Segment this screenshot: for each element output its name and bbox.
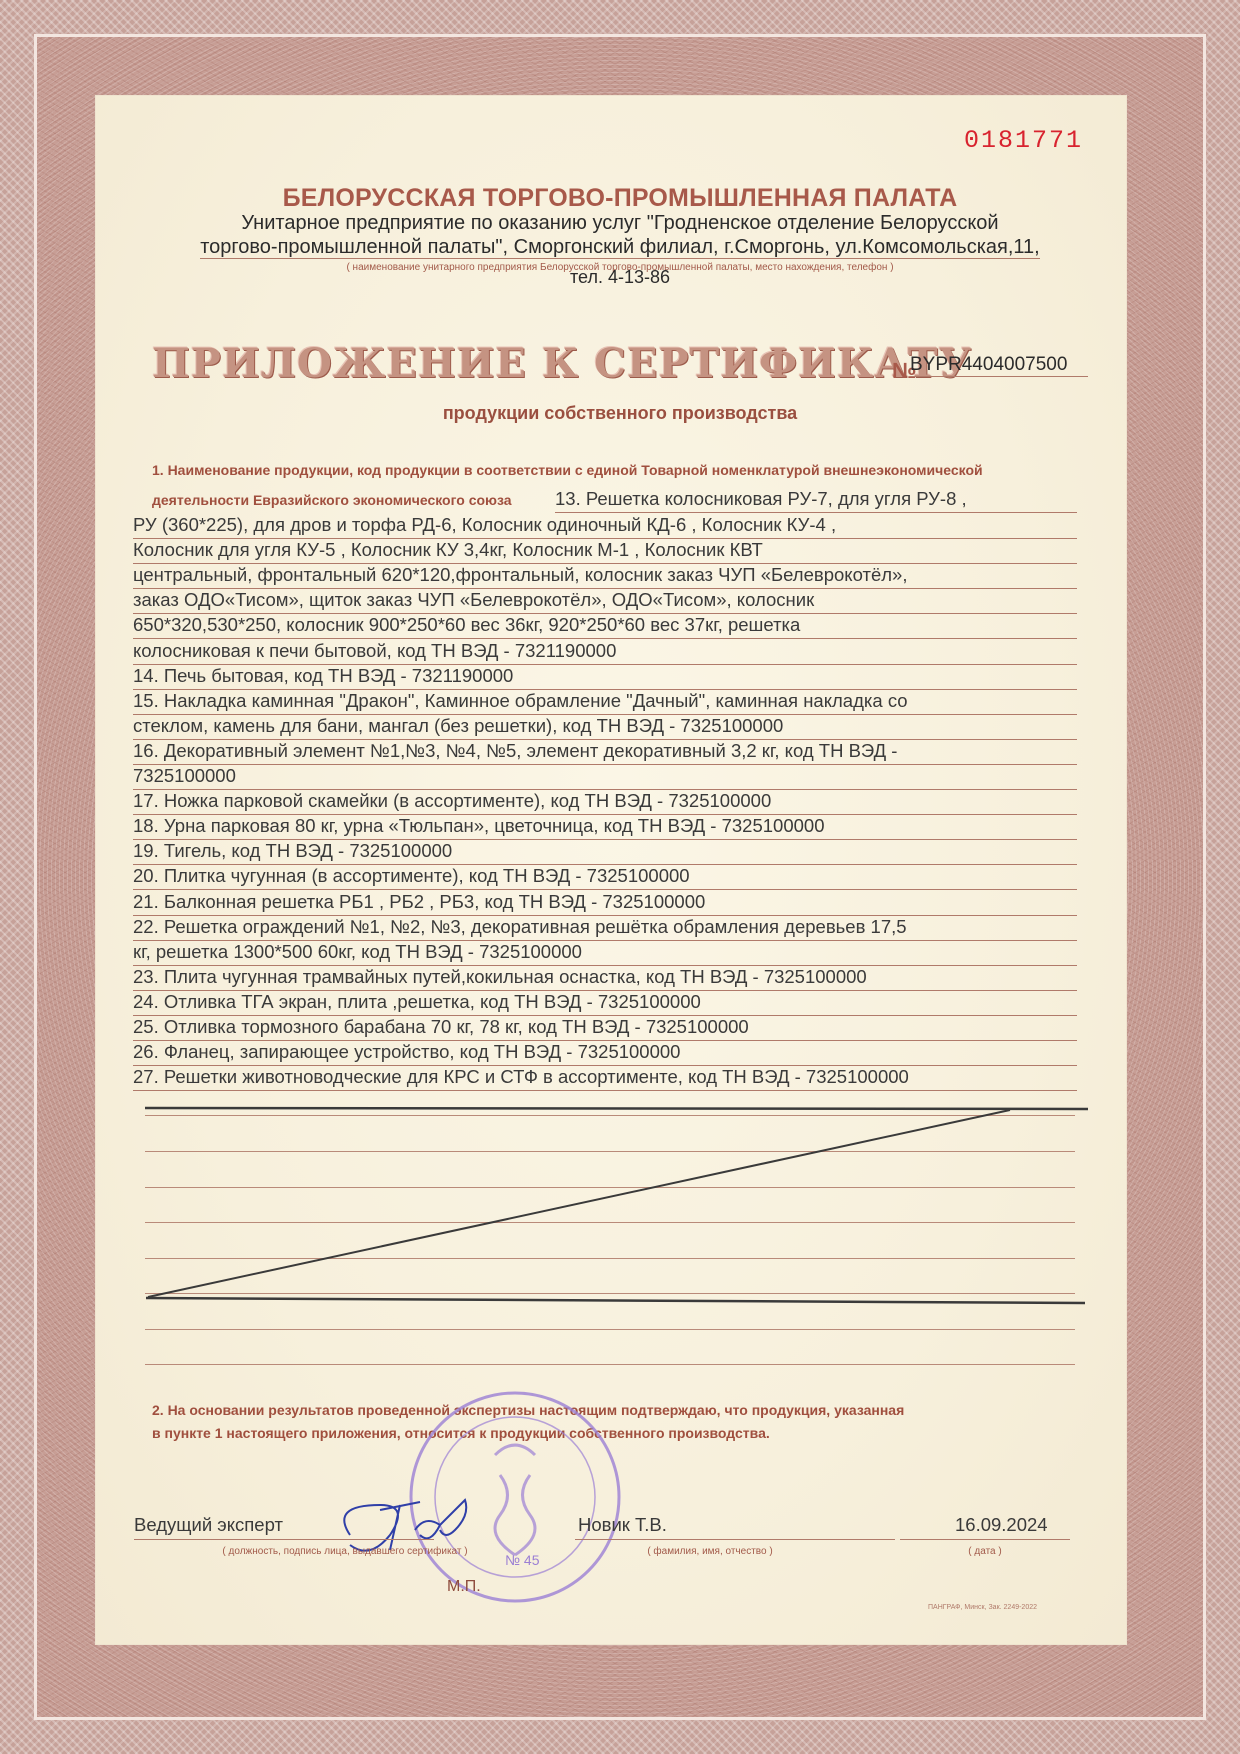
- product-line: РУ (360*225), для дров и торфа РД-6, Кол…: [133, 514, 1077, 539]
- product-line: заказ ОДО«Тисом», щиток заказ ЧУП «Белев…: [133, 589, 1077, 614]
- product-line: 17. Ножка парковой скамейки (в ассортиме…: [133, 790, 1077, 815]
- certificate-number: BYPR4404007500: [910, 354, 1088, 377]
- organization-title: БЕЛОРУССКАЯ ТОРГОВО-ПРОМЫШЛЕННАЯ ПАЛАТА: [0, 184, 1240, 213]
- product-line: колосниковая к печи бытовой, код ТН ВЭД …: [133, 640, 1077, 665]
- product-line: 21. Балконная решетка РБ1 , РБ2 , РБ3, к…: [133, 891, 1077, 916]
- product-line: 19. Тигель, код ТН ВЭД - 7325100000: [133, 840, 1077, 865]
- product-line: центральный, фронтальный 620*120,фронтал…: [133, 564, 1077, 589]
- organization-line-2-text: торгово-промышленной палаты", Сморгонски…: [200, 236, 1039, 259]
- section1-heading-line1: 1. Наименование продукции, код продукции…: [152, 462, 983, 478]
- signature-date: 16.09.2024: [955, 1514, 1048, 1536]
- product-line: 16. Декоративный элемент №1,№3, №4, №5, …: [133, 740, 1077, 765]
- organization-line-2: торгово-промышленной палаты", Сморгонски…: [100, 236, 1140, 259]
- product-line: 7325100000: [133, 765, 1077, 790]
- product-line: 650*320,530*250, колосник 900*250*60 вес…: [133, 614, 1077, 639]
- printer-imprint: ПАНГРАФ, Минск, Зак. 2249-2022: [928, 1604, 1037, 1611]
- product-line: 22. Решетка ограждений №1, №2, №3, декор…: [133, 916, 1077, 941]
- position-caption: ( должность, подпись лица, выдавшего сер…: [180, 1546, 510, 1557]
- name-caption: ( фамилия, имя, отчество ): [600, 1546, 820, 1557]
- signer-name: Новик Т.В.: [578, 1514, 667, 1536]
- product-line: 20. Плитка чугунная (в ассортименте), ко…: [133, 865, 1077, 890]
- annex-title: ПРИЛОЖЕНИЕ К СЕРТИФИКАТУ: [152, 340, 972, 387]
- organization-line-1: Унитарное предприятие по оказанию услуг …: [100, 212, 1140, 235]
- product-line: 27. Решетки животноводческие для КРС и С…: [133, 1066, 1077, 1091]
- serial-number: 0181771: [964, 126, 1083, 155]
- product-line: 18. Урна парковая 80 кг, урна «Тюльпан»,…: [133, 815, 1077, 840]
- product-line: 23. Плита чугунная трамвайных путей,коки…: [133, 966, 1077, 991]
- date-caption: ( дата ): [940, 1546, 1030, 1557]
- section1-heading-line2: деятельности Евразийского экономического…: [152, 492, 512, 508]
- seal-label: М.П.: [447, 1578, 481, 1596]
- product-line-first: 13. Решетка колосниковая РУ-7, для угля …: [555, 488, 1077, 513]
- product-line: 14. Печь бытовая, код ТН ВЭД - 732119000…: [133, 665, 1077, 690]
- product-line: стеклом, камень для бани, мангал (без ре…: [133, 715, 1077, 740]
- product-line: 15. Накладка каминная "Дракон", Каминное…: [133, 690, 1077, 715]
- product-line: кг, решетка 1300*500 60кг, код ТН ВЭД - …: [133, 941, 1077, 966]
- product-line: 25. Отливка тормозного барабана 70 кг, 7…: [133, 1016, 1077, 1041]
- product-line: 24. Отливка ТГА экран, плита ,решетка, к…: [133, 991, 1077, 1016]
- product-line: Колосник для угля КУ-5 , Колосник КУ 3,4…: [133, 539, 1077, 564]
- annex-subtitle: продукции собственного производства: [0, 403, 1240, 424]
- product-line: 26. Фланец, запирающее устройство, код Т…: [133, 1041, 1077, 1066]
- organization-phone: тел. 4-13-86: [100, 267, 1140, 288]
- signer-position: Ведущий эксперт: [134, 1514, 283, 1536]
- stamp-number: № 45: [505, 1552, 540, 1568]
